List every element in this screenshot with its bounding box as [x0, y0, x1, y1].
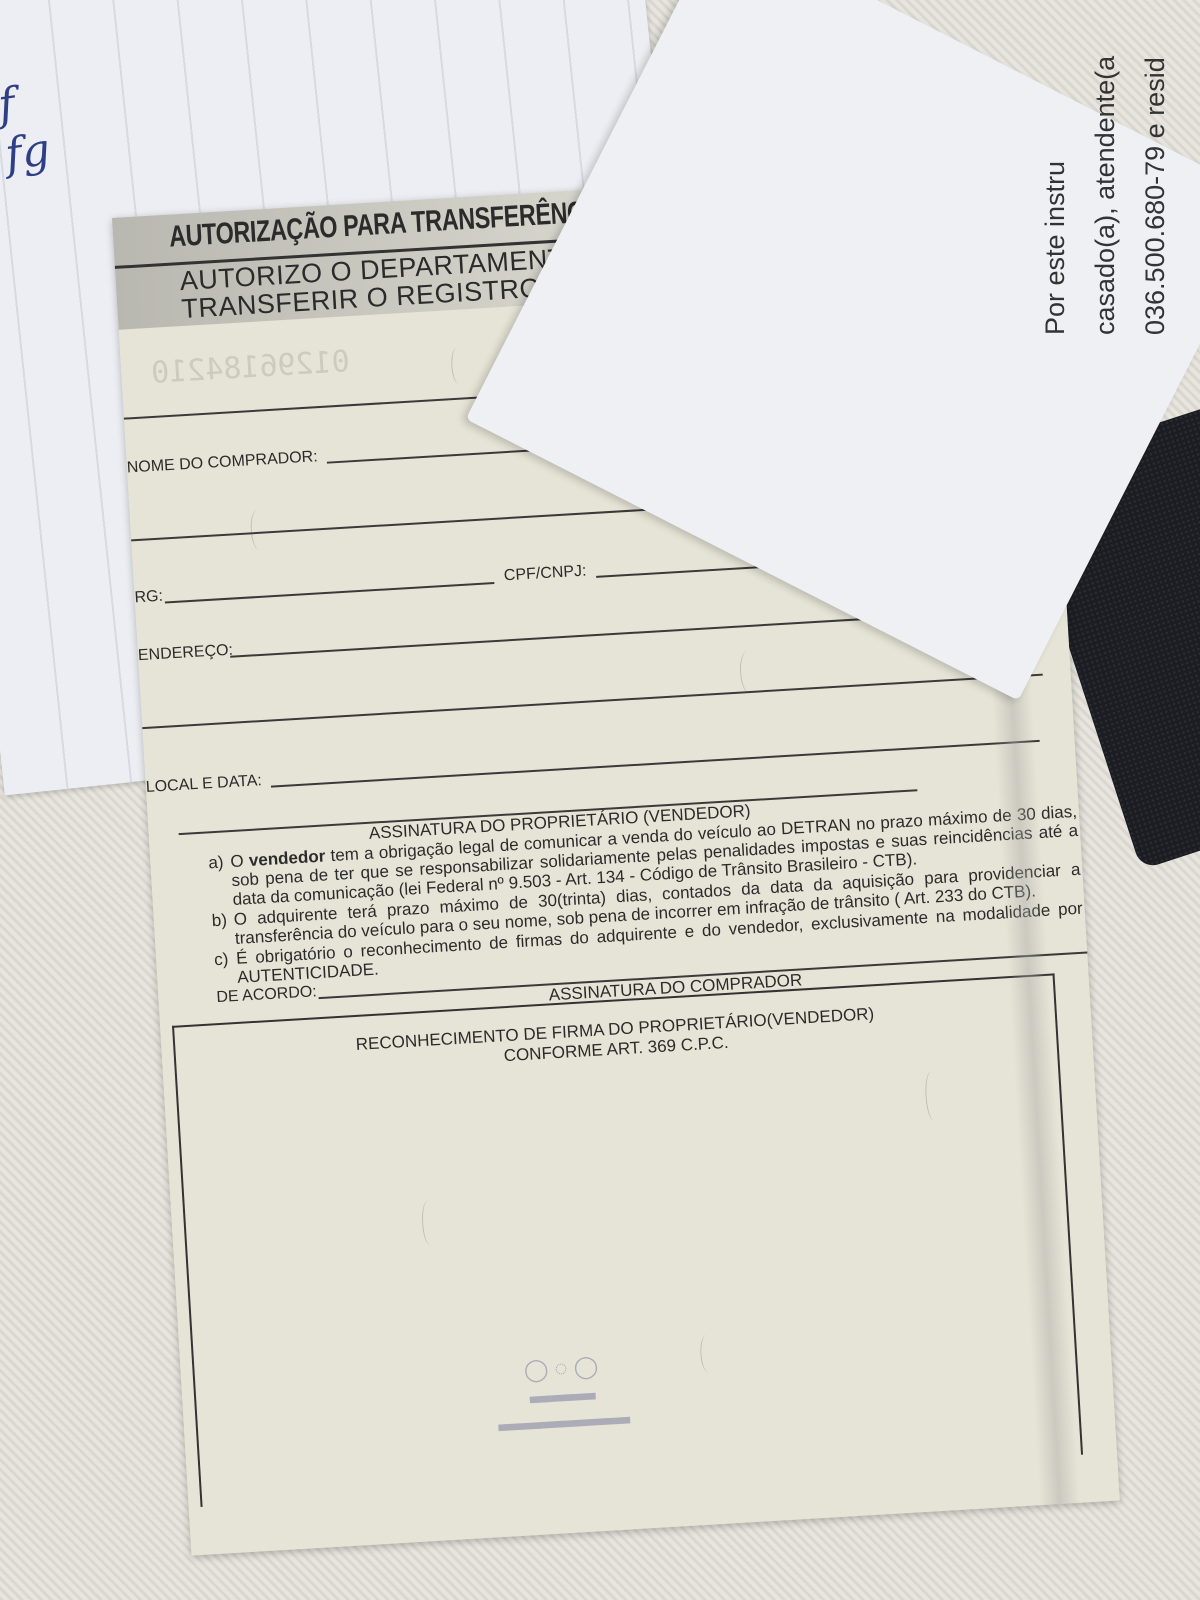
paper-fiber: [450, 347, 465, 384]
cpf-cnpj-label: CPF/CNPJ:: [503, 562, 587, 585]
faded-notary-stamp: ◯ ◌ ◯▬▬▬▬▬▬▬▬▬: [494, 1352, 630, 1438]
contract-line: Por este instru: [1030, 56, 1080, 335]
address-field-line2[interactable]: [142, 674, 1043, 729]
address-label: ENDEREÇO:: [138, 642, 234, 666]
paper-fiber: [250, 509, 267, 550]
paper-fiber: [739, 651, 758, 694]
buyer-name-label: NOME DO COMPRADOR:: [126, 448, 318, 477]
handwriting-line: f: [0, 75, 46, 131]
ghost-print-number: 01296184210: [150, 344, 350, 391]
contract-text: Por este instru casado(a), atendente(a 0…: [1030, 56, 1180, 335]
contract-line: 036.500.680-79 e resid: [1130, 56, 1180, 335]
contract-line: casado(a), atendente(a: [1080, 56, 1130, 335]
notary-recognition-box: RECONHECIMENTO DE FIRMA DO PROPRIETÁRIO(…: [172, 973, 1083, 1507]
place-date-field[interactable]: [271, 740, 1040, 788]
place-date-label: LOCAL E DATA:: [145, 772, 262, 797]
notary-box-title: RECONHECIMENTO DE FIRMA DO PROPRIETÁRIO(…: [175, 994, 1056, 1086]
rg-field[interactable]: [165, 582, 495, 604]
rg-label: RG:: [134, 588, 163, 608]
handwriting-line: fg: [2, 125, 53, 181]
